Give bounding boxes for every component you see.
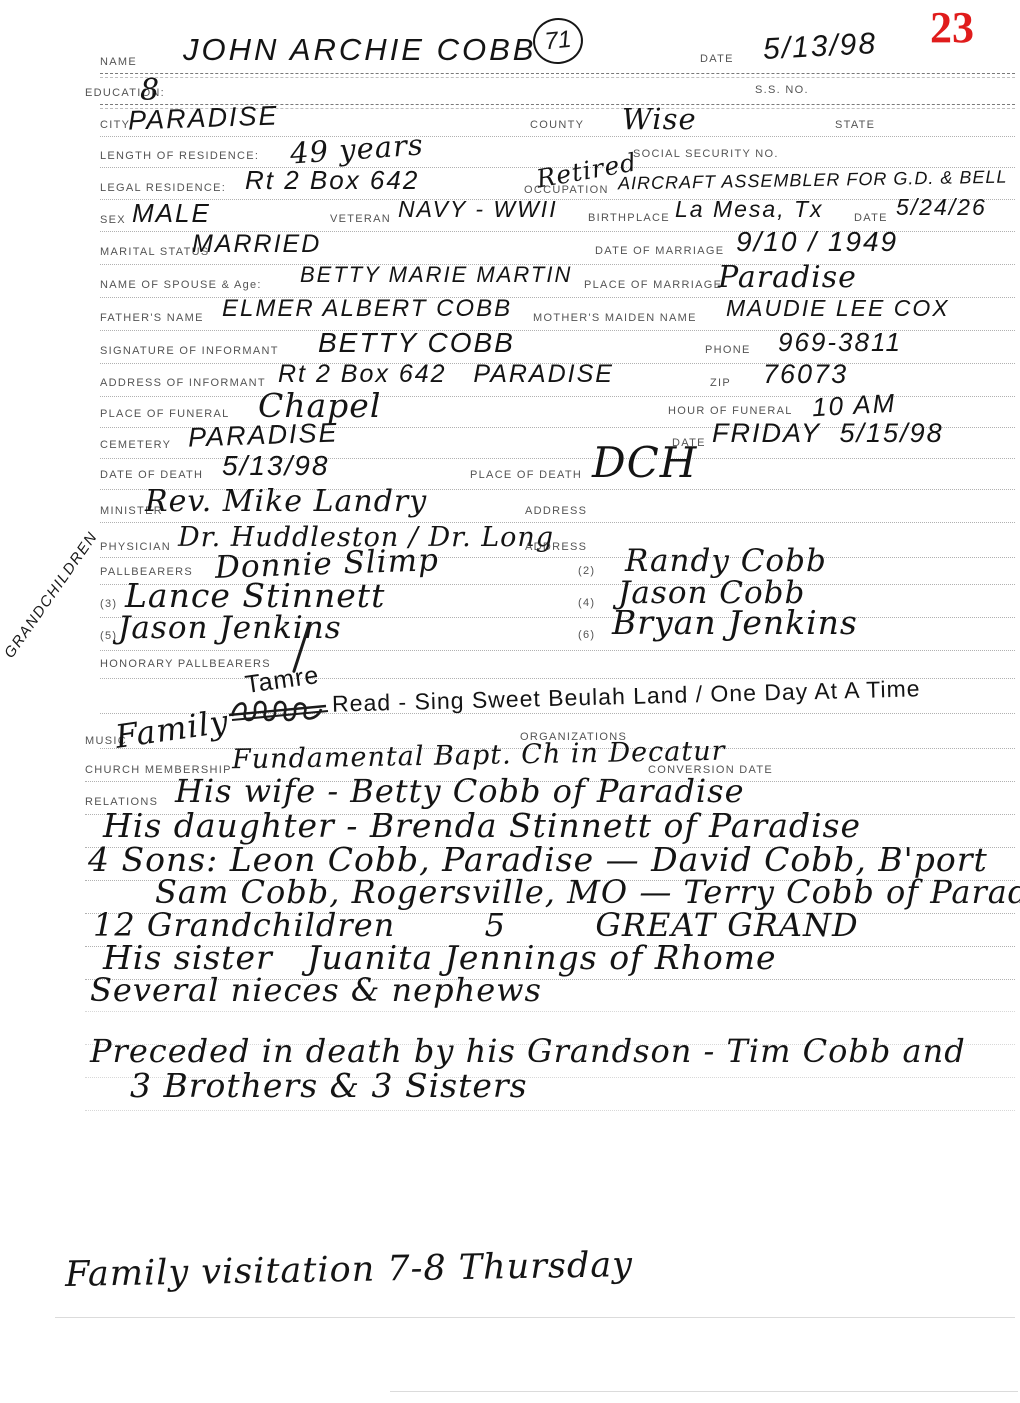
city-value: PARADISE bbox=[128, 100, 280, 136]
informant-address-value: Rt 2 Box 642 PARADISE bbox=[278, 360, 614, 389]
funeral-hour-label: HOUR OF FUNERAL bbox=[668, 405, 793, 417]
age-circled: 71 bbox=[531, 16, 586, 67]
pallbearer-4-num: (4) bbox=[578, 597, 595, 609]
honorary-pallbearers-label: HONORARY PALLBEARERS bbox=[100, 658, 271, 670]
birth-date-label: DATE bbox=[854, 212, 888, 224]
father-name-label: FATHER'S NAME bbox=[100, 312, 204, 324]
death-place-label: PLACE OF DEATH bbox=[470, 469, 582, 481]
state-label: STATE bbox=[835, 119, 875, 131]
marital-status-value: MARRIED bbox=[192, 230, 321, 259]
preceded-line: 3 Brothers & 3 Sisters bbox=[130, 1066, 528, 1105]
pallbearer-5-num: (5) bbox=[100, 630, 117, 642]
informant-signature-label: SIGNATURE OF INFORMANT bbox=[100, 345, 279, 357]
occupation-value: AIRCRAFT ASSEMBLER FOR G.D. & BELL bbox=[618, 167, 1008, 195]
informant-signature-value: BETTY COBB bbox=[318, 327, 515, 359]
spouse-value: BETTY MARIE MARTIN bbox=[300, 262, 572, 288]
name-label: NAME bbox=[100, 56, 137, 68]
name-value: JOHN ARCHIE COBB bbox=[183, 32, 536, 68]
education-value: 8 bbox=[140, 73, 160, 108]
zip-label: ZIP bbox=[710, 377, 731, 389]
legal-residence-value: Rt 2 Box 642 bbox=[245, 165, 419, 196]
father-name-value: ELMER ALBERT COBB bbox=[222, 295, 512, 323]
ruled-line bbox=[100, 73, 1015, 78]
ssno-label: S.S. NO. bbox=[755, 84, 809, 96]
scratched-out-text bbox=[226, 692, 348, 726]
phone-value: 969-3811 bbox=[778, 327, 902, 358]
informant-address-label: ADDRESS OF INFORMANT bbox=[100, 377, 266, 389]
ruled-line bbox=[85, 1011, 1015, 1012]
margin-note-grandchildren: GRANDCHILDREN bbox=[1, 528, 101, 661]
ruled-line bbox=[390, 1391, 1018, 1392]
minister-value: Rev. Mike Landry bbox=[145, 484, 427, 519]
sex-label: SEX bbox=[100, 214, 126, 226]
residence-length-label: LENGTH OF RESIDENCE: bbox=[100, 150, 259, 162]
pallbearer-2: Randy Cobb bbox=[625, 543, 827, 579]
county-label: COUNTY bbox=[530, 119, 584, 131]
birthplace-label: BIRTHPLACE bbox=[588, 212, 670, 224]
pallbearer-6: Bryan Jenkins bbox=[612, 603, 858, 642]
visitation-note: Family visitation 7-8 Thursday bbox=[65, 1245, 634, 1295]
pallbearer-3-num: (3) bbox=[100, 598, 117, 610]
death-place-value: DCH bbox=[592, 438, 697, 487]
social-security-label: SOCIAL SECURITY NO. bbox=[633, 148, 779, 160]
spouse-label: NAME OF SPOUSE & Age: bbox=[100, 279, 262, 291]
marriage-place-label: PLACE OF MARRIAGE bbox=[584, 279, 722, 291]
county-value: Wise bbox=[622, 102, 697, 136]
legal-residence-label: LEGAL RESIDENCE: bbox=[100, 182, 226, 194]
funeral-date-value: FRIDAY 5/15/98 bbox=[712, 418, 944, 449]
pallbearer-6-num: (6) bbox=[578, 629, 595, 641]
birth-date-value: 5/24/26 bbox=[896, 194, 987, 221]
death-date-label: DATE OF DEATH bbox=[100, 469, 203, 481]
city-label: CITY bbox=[100, 119, 130, 131]
cemetery-label: CEMETERY bbox=[100, 439, 171, 451]
occupation-label: OCCUPATION bbox=[524, 184, 609, 196]
marriage-date-value: 9/10 / 1949 bbox=[736, 226, 898, 258]
music-annotation: Read - Sing Sweet Beulah Land / One Day … bbox=[332, 675, 921, 717]
birthplace-value: La Mesa, Tx bbox=[675, 196, 824, 223]
physician-label: PHYSICIAN bbox=[100, 541, 171, 553]
scanned-funeral-record: 23 NAME JOHN ARCHIE COBB 71 DATE 5/13/98… bbox=[0, 0, 1020, 1403]
relations-line: Several nieces & nephews bbox=[90, 971, 542, 1009]
relations-line: His wife - Betty Cobb of Paradise bbox=[175, 772, 745, 810]
cemetery-value: PARADISE bbox=[188, 417, 340, 453]
ruled-line bbox=[100, 650, 1015, 651]
preceded-line: Preceded in death by his Grandson - Tim … bbox=[90, 1032, 966, 1070]
physician-address-label: ADDRESS bbox=[525, 541, 587, 553]
veteran-value: NAVY - WWII bbox=[398, 196, 558, 223]
ruled-line bbox=[85, 1110, 1015, 1111]
phone-label: PHONE bbox=[705, 344, 751, 356]
minister-address-label: ADDRESS bbox=[525, 505, 587, 517]
zip-value: 76073 bbox=[763, 359, 848, 390]
marriage-place-value: Paradise bbox=[718, 260, 857, 295]
pallbearer-2-num: (2) bbox=[578, 565, 595, 577]
marriage-date-label: DATE OF MARRIAGE bbox=[595, 245, 724, 257]
ruled-line bbox=[55, 1317, 1015, 1318]
death-date-value: 5/13/98 bbox=[222, 450, 329, 482]
funeral-place-label: PLACE OF FUNERAL bbox=[100, 408, 230, 420]
record-date-value: 5/13/98 bbox=[762, 27, 878, 67]
page-number: 23 bbox=[930, 2, 974, 53]
ruled-line bbox=[100, 136, 1015, 137]
record-date-label: DATE bbox=[700, 53, 734, 65]
mother-name-value: MAUDIE LEE COX bbox=[726, 295, 950, 322]
mother-name-label: MOTHER'S MAIDEN NAME bbox=[533, 312, 697, 324]
sex-value: MALE bbox=[132, 198, 211, 229]
veteran-label: VETERAN bbox=[330, 213, 391, 225]
